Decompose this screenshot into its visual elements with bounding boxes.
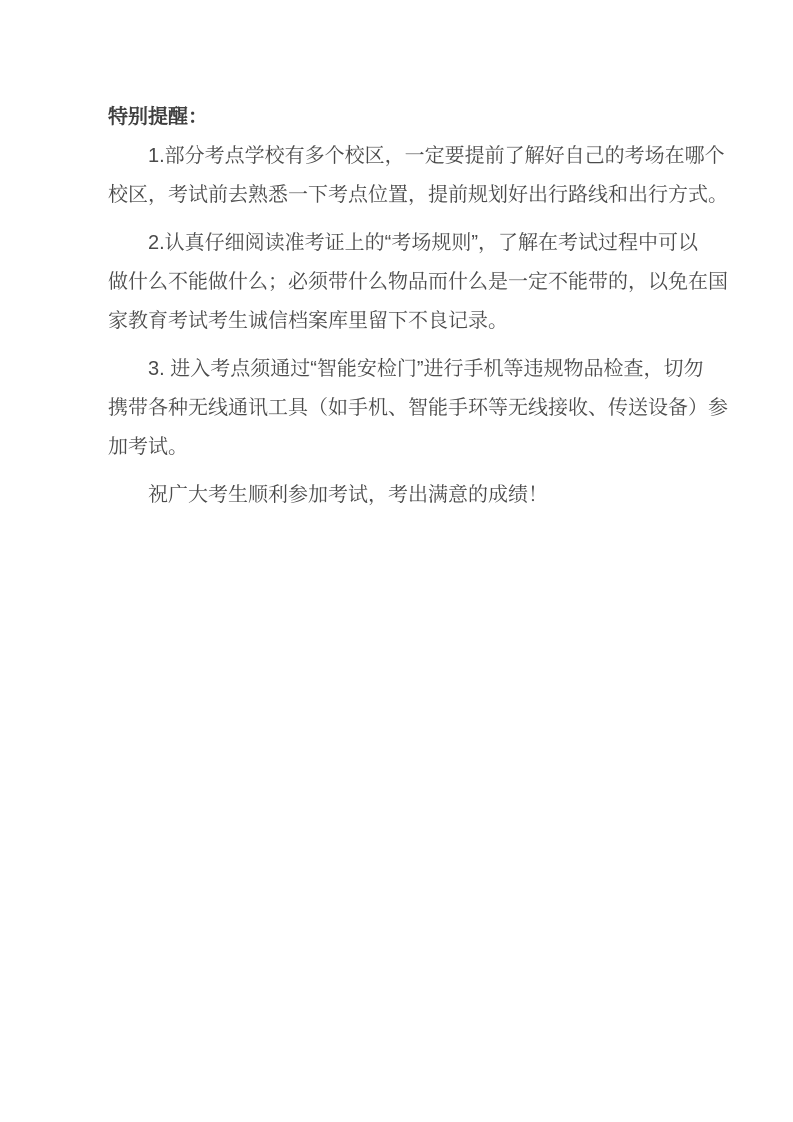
text-line: 携带各种无线通讯工具（如手机、智能手环等无线接收、传送设备）参 [108, 389, 685, 428]
paragraph-3: 3. 进入考点须通过“智能安检门”进行手机等违规物品检查，切勿 携带各种无线通讯… [108, 350, 685, 467]
text-line: 做什么不能做什么；必须带什么物品而什么是一定不能带的，以免在国 [108, 263, 685, 302]
text-line: 校区，考试前去熟悉一下考点位置，提前规划好出行路线和出行方式。 [108, 176, 685, 215]
paragraph-2: 2.认真仔细阅读准考证上的“考场规则”，了解在考试过程中可以 做什么不能做什么；… [108, 224, 685, 341]
document-heading: 特别提醒： [108, 98, 685, 137]
text-line: 1.部分考点学校有多个校区，一定要提前了解好自己的考场在哪个 [108, 137, 685, 176]
text-line: 3. 进入考点须通过“智能安检门”进行手机等违规物品检查，切勿 [108, 350, 685, 389]
text-line: 加考试。 [108, 428, 685, 467]
text-line: 2.认真仔细阅读准考证上的“考场规则”，了解在考试过程中可以 [108, 224, 685, 263]
text-line: 祝广大考生顺利参加考试，考出满意的成绩！ [108, 476, 685, 515]
paragraph-1: 1.部分考点学校有多个校区，一定要提前了解好自己的考场在哪个 校区，考试前去熟悉… [108, 137, 685, 215]
paragraph-4: 祝广大考生顺利参加考试，考出满意的成绩！ [108, 476, 685, 515]
document-page: 特别提醒： 1.部分考点学校有多个校区，一定要提前了解好自己的考场在哪个 校区，… [0, 0, 793, 1122]
text-line: 家教育考试考生诚信档案库里留下不良记录。 [108, 302, 685, 341]
